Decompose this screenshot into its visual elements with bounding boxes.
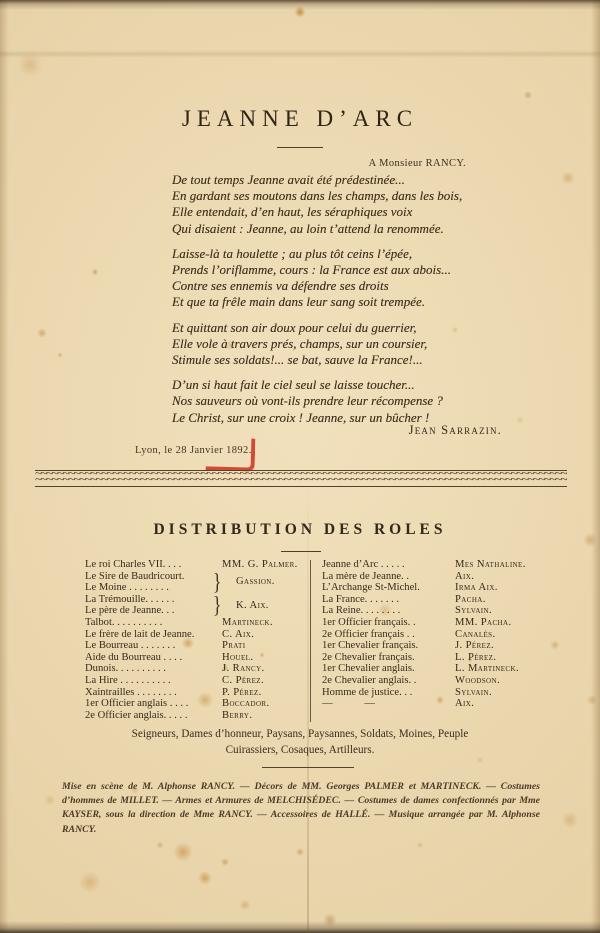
cast-heading-rule: [281, 551, 321, 552]
cast-row: Le frère de lait de Jeanne. C. Aix.: [85, 629, 307, 641]
actor-name: MM. Pacha.: [455, 617, 567, 629]
cast-row: 2e Chevalier anglais. . Woodson.: [322, 675, 567, 687]
actor-name: L. Martineck.: [455, 663, 567, 675]
role-label: Le frère de lait de Jeanne.: [85, 629, 222, 641]
poem-author: Jean Sarrazin.: [409, 423, 502, 438]
actor-name: Martineck.: [222, 617, 307, 629]
poem-line: D’un si haut fait le ciel seul se laisse…: [172, 377, 462, 393]
poem-line: Nos sauveurs où vont-ils prendre leur ré…: [172, 393, 462, 409]
actor-name: L. Pérez.: [455, 652, 567, 664]
actor-name: Sylvain.: [455, 687, 567, 699]
poem: De tout temps Jeanne avait été prédestin…: [172, 172, 462, 435]
role-ditto-marks: — —: [322, 698, 455, 710]
role-label: 2e Officier anglais. . . . .: [85, 710, 222, 722]
actor-name: C. Pérez.: [222, 675, 307, 687]
role-label: L’Archange St-Michel.: [322, 582, 455, 594]
role-label: Talbot. . . . . . . . . .: [85, 617, 222, 629]
dedication: A Monsieur RANCY.: [0, 158, 466, 169]
role-label: Aide du Bourreau . . . .: [85, 652, 222, 664]
poem-line: Et que ta frêle main dans leur sang soit…: [172, 294, 462, 310]
brace-icon: [212, 594, 222, 616]
role-label: Le Bourreau . . . . . . .: [85, 640, 222, 652]
role-label: Le père de Jeanne. . .: [85, 605, 212, 617]
role-label: 1er Officier anglais . . . .: [85, 698, 222, 710]
role-label: La Reine. . . . . . . .: [322, 605, 455, 617]
cast-row: Le Bourreau . . . . . . . Prati: [85, 640, 307, 652]
cast-row: La France. . . . . . . Pacha.: [322, 594, 567, 606]
wavy-separator: [35, 470, 567, 487]
cast-row: 1er Officier français. . MM. Pacha.: [322, 617, 567, 629]
poem-line: De tout temps Jeanne avait été prédestin…: [172, 172, 462, 188]
role-label: Le Moine . . . . . . . .: [85, 582, 212, 594]
program-page: JEANNE D’ARC A Monsieur RANCY. De tout t…: [0, 0, 600, 933]
cast-row: 1er Chevalier anglais. L. Martineck.: [322, 663, 567, 675]
ensemble-note: Seigneurs, Dames d’honneur, Paysans, Pay…: [0, 727, 600, 758]
role-label: La Hire . . . . . . . . . .: [85, 675, 222, 687]
cast-row: Homme de justice. . . Sylvain.: [322, 687, 567, 699]
actor-name: Sylvain.: [455, 605, 567, 617]
role-label: 1er Officier français. .: [322, 617, 455, 629]
actor-name: J. Rancy.: [222, 663, 307, 675]
role-label: Xaintrailles . . . . . . . .: [85, 687, 222, 699]
poem-line: Elle entendait, d’en haut, les séraphiqu…: [172, 204, 462, 220]
brace-icon: [212, 571, 222, 593]
role-label: Dunois. . . . . . . . . .: [85, 663, 222, 675]
role-group: Le Sire de Baudricourt. Le Moine . . . .…: [85, 571, 212, 594]
cast-column-left: Le roi Charles VII. . . . MM. G. Palmer.…: [85, 559, 307, 721]
footer-rule: [262, 767, 354, 768]
title-rule: [277, 147, 323, 148]
role-label: 2e Chevalier anglais. .: [322, 675, 455, 687]
actor-name: Pacha.: [455, 594, 567, 606]
production-credits: Mise en scène de M. Alphonse RANCY. — Dé…: [62, 780, 540, 837]
actor-name: C. Aix.: [222, 629, 307, 641]
cast-row: 1er Chevalier français. J. Pérez.: [322, 640, 567, 652]
cast-row: Jeanne d’Arc . . . . . Mes Nathaline.: [322, 559, 567, 571]
role-label: Le roi Charles VII. . . .: [85, 559, 222, 571]
cast-row: La mère de Jeanne. . Aix.: [322, 571, 567, 583]
cast-row: La Hire . . . . . . . . . . C. Pérez.: [85, 675, 307, 687]
cast-row: 2e Chevalier français. L. Pérez.: [322, 652, 567, 664]
actor-name: K. Aix.: [222, 600, 307, 612]
poem-stanza: D’un si haut fait le ciel seul se laisse…: [172, 377, 462, 426]
cast-row: — — Aix.: [322, 698, 567, 710]
poem-line: En gardant ses moutons dans les champs, …: [172, 188, 462, 204]
actor-name: Aix.: [455, 571, 567, 583]
actor-name: Canalès.: [455, 629, 567, 641]
cast-group-row: La Trémouille. . . . . . Le père de Jean…: [85, 594, 307, 617]
role-label: La France. . . . . . .: [322, 594, 455, 606]
column-divider: [310, 560, 311, 722]
role-label: 1er Chevalier anglais.: [322, 663, 455, 675]
poem-line: Stimule ses soldats!... se bat, sauve la…: [172, 352, 462, 368]
role-label: Le Sire de Baudricourt.: [85, 571, 212, 583]
poem-stanza: Et quittant son air doux pour celui du g…: [172, 320, 462, 369]
paper-fold-line: [307, 470, 309, 933]
cast-row: Dunois. . . . . . . . . . J. Rancy.: [85, 663, 307, 675]
cast-row: 2e Officier français . . Canalès.: [322, 629, 567, 641]
cast-column-right: Jeanne d’Arc . . . . . Mes Nathaline. La…: [322, 559, 567, 710]
cast-row: Xaintrailles . . . . . . . . P. Pérez.: [85, 687, 307, 699]
cast-row: L’Archange St-Michel. Irma Aix.: [322, 582, 567, 594]
actor-name: Mes Nathaline.: [455, 559, 567, 571]
actor-name: MM. G. Palmer.: [222, 559, 307, 571]
actor-name: Gassion.: [222, 576, 307, 588]
role-label: 1er Chevalier français.: [322, 640, 455, 652]
poem-line: Qui disaient : Jeanne, au loin t’attend …: [172, 221, 462, 237]
poem-line: Elle vole à travers prés, champs, sur un…: [172, 336, 462, 352]
ensemble-line: Cuirassiers, Cosaques, Artilleurs.: [0, 743, 600, 759]
poem-line: Contre ses ennemis va défendre ses droit…: [172, 278, 462, 294]
role-group: La Trémouille. . . . . . Le père de Jean…: [85, 594, 212, 617]
poem-line: Prends l’oriflamme, cours : la France es…: [172, 262, 462, 278]
poem-line: Laisse-là ta houlette ; au plus tôt cein…: [172, 246, 462, 262]
poem-line: Et quittant son air doux pour celui du g…: [172, 320, 462, 336]
ensemble-line: Seigneurs, Dames d’honneur, Paysans, Pay…: [0, 727, 600, 743]
poem-stanza: De tout temps Jeanne avait été prédestin…: [172, 172, 462, 237]
actor-name: Aix.: [455, 698, 567, 710]
cast-row: Aide du Bourreau . . . . Houel.: [85, 652, 307, 664]
cast-row: Talbot. . . . . . . . . . Martineck.: [85, 617, 307, 629]
role-label: La mère de Jeanne. .: [322, 571, 455, 583]
actor-name: Prati: [222, 640, 307, 652]
actor-name: P. Pérez.: [222, 687, 307, 699]
actor-name: Boccador.: [222, 698, 307, 710]
actor-name: Irma Aix.: [455, 582, 567, 594]
actor-name: J. Pérez.: [455, 640, 567, 652]
red-ink-mark: [206, 437, 256, 471]
cast-heading: DISTRIBUTION DES ROLES: [0, 521, 600, 539]
role-label: La Trémouille. . . . . .: [85, 594, 212, 606]
role-label: Homme de justice. . .: [322, 687, 455, 699]
role-label: 2e Officier français . .: [322, 629, 455, 641]
role-label: 2e Chevalier français.: [322, 652, 455, 664]
actor-name: Woodson.: [455, 675, 567, 687]
actor-name: Houel.: [222, 652, 307, 664]
cast-row: Le roi Charles VII. . . . MM. G. Palmer.: [85, 559, 307, 571]
cast-row: 1er Officier anglais . . . . Boccador.: [85, 698, 307, 710]
poem-stanza: Laisse-là ta houlette ; au plus tôt cein…: [172, 246, 462, 311]
role-label: Jeanne d’Arc . . . . .: [322, 559, 455, 571]
page-title: JEANNE D’ARC: [0, 106, 600, 132]
cast-row: La Reine. . . . . . . . Sylvain.: [322, 605, 567, 617]
cast-group-row: Le Sire de Baudricourt. Le Moine . . . .…: [85, 571, 307, 594]
actor-name: Berry.: [222, 710, 307, 722]
cast-row: 2e Officier anglais. . . . . Berry.: [85, 710, 307, 722]
